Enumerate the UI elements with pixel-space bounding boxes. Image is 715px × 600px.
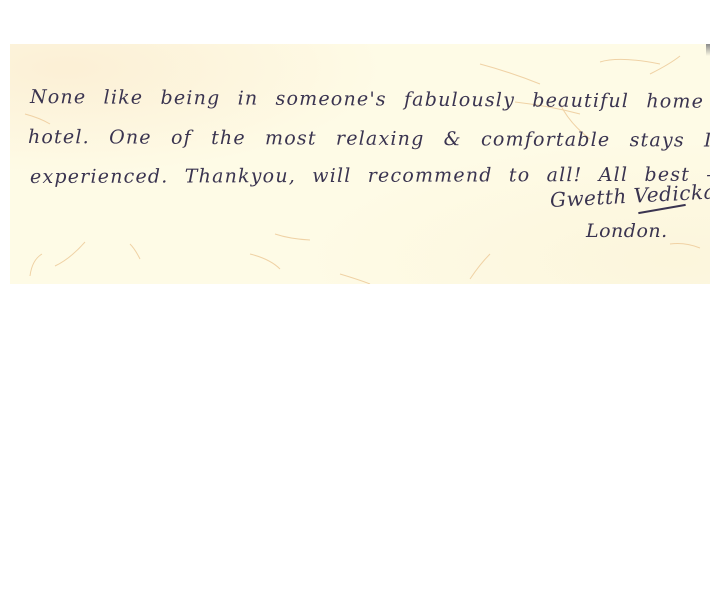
guestbook-page: None like being in someone's fabulously … [10, 44, 710, 284]
page-edge-shadow [706, 44, 710, 56]
signature-location: London. [586, 220, 668, 242]
note-line-2: hotel. One of the most relaxing & comfor… [28, 126, 710, 152]
